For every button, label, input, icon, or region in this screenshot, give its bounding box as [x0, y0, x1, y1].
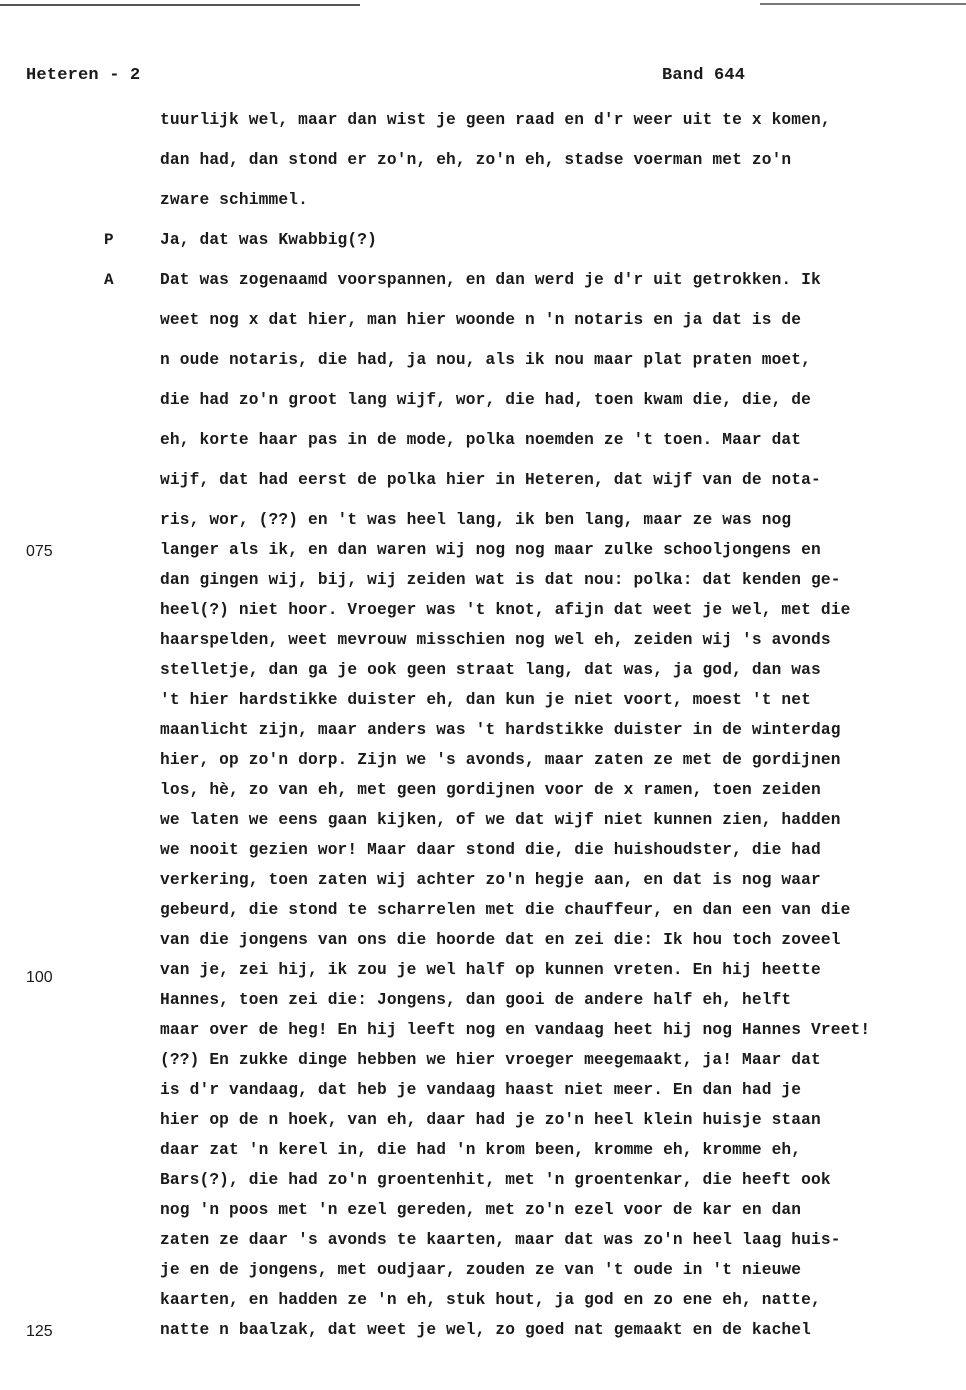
tape-counter-marker: 075	[26, 543, 53, 561]
scan-edge-line-right	[760, 3, 966, 5]
transcript-line: n oude notaris, die had, ja nou, als ik …	[160, 351, 811, 369]
transcript-line: die had zo'n groot lang wijf, wor, die h…	[160, 391, 811, 409]
transcript-line: kaarten, en hadden ze 'n eh, stuk hout, …	[160, 1291, 821, 1309]
tape-counter-marker: 100	[26, 969, 53, 987]
transcript-line: zware schimmel.	[160, 191, 308, 209]
transcript-line: tuurlijk wel, maar dan wist je geen raad…	[160, 111, 831, 129]
transcript-line: hier op de n hoek, van eh, daar had je z…	[160, 1111, 821, 1129]
transcript-line: dan had, dan stond er zo'n, eh, zo'n eh,…	[160, 151, 791, 169]
document-header-place: Heteren - 2	[26, 66, 140, 85]
transcript-line: haarspelden, weet mevrouw misschien nog …	[160, 631, 831, 649]
transcript-line: wijf, dat had eerst de polka hier in Het…	[160, 471, 821, 489]
transcript-line: Bars(?), die had zo'n groentenhit, met '…	[160, 1171, 831, 1189]
transcript-line: maar over de heg! En hij leeft nog en va…	[160, 1021, 870, 1039]
document-header-tape: Band 644	[662, 66, 745, 85]
transcript-line: zaten ze daar 's avonds te kaarten, maar…	[160, 1231, 841, 1249]
transcript-line: maanlicht zijn, maar anders was 't hards…	[160, 721, 841, 739]
transcript-line: Hannes, toen zei die: Jongens, dan gooi …	[160, 991, 791, 1009]
transcript-line: verkering, toen zaten wij achter zo'n he…	[160, 871, 821, 889]
transcript-line: ris, wor, (??) en 't was heel lang, ik b…	[160, 511, 791, 529]
transcript-line: natte n baalzak, dat weet je wel, zo goe…	[160, 1321, 811, 1339]
transcript-line: dan gingen wij, bij, wij zeiden wat is d…	[160, 571, 841, 589]
transcript-line: nog 'n poos met 'n ezel gereden, met zo'…	[160, 1201, 801, 1219]
transcript-line: stelletje, dan ga je ook geen straat lan…	[160, 661, 821, 679]
transcript-line: is d'r vandaag, dat heb je vandaag haast…	[160, 1081, 801, 1099]
transcript-line: Dat was zogenaamd voorspannen, en dan we…	[160, 271, 821, 289]
transcript-line: gebeurd, die stond te scharrelen met die…	[160, 901, 851, 919]
transcript-line: hier, op zo'n dorp. Zijn we 's avonds, m…	[160, 751, 841, 769]
speaker-label: A	[104, 271, 114, 289]
transcript-line: we nooit gezien wor! Maar daar stond die…	[160, 841, 821, 859]
transcript-line: Ja, dat was Kwabbig(?)	[160, 231, 377, 249]
transcript-line: heel(?) niet hoor. Vroeger was 't knot, …	[160, 601, 851, 619]
transcript-line: van die jongens van ons die hoorde dat e…	[160, 931, 841, 949]
transcript-line: 't hier hardstikke duister eh, dan kun j…	[160, 691, 811, 709]
transcript-line: weet nog x dat hier, man hier woonde n '…	[160, 311, 801, 329]
transcript-line: daar zat 'n kerel in, die had 'n krom be…	[160, 1141, 801, 1159]
transcript-line: van je, zei hij, ik zou je wel half op k…	[160, 961, 821, 979]
tape-counter-marker: 125	[26, 1323, 53, 1341]
scan-edge-line-left	[0, 4, 360, 6]
speaker-label: P	[104, 231, 114, 249]
transcript-line: je en de jongens, met oudjaar, zouden ze…	[160, 1261, 801, 1279]
transcript-line: langer als ik, en dan waren wij nog nog …	[160, 541, 821, 559]
transcript-line: eh, korte haar pas in de mode, polka noe…	[160, 431, 801, 449]
transcript-line: los, hè, zo van eh, met geen gordijnen v…	[160, 781, 821, 799]
transcript-line: we laten we eens gaan kijken, of we dat …	[160, 811, 841, 829]
transcript-line: (??) En zukke dinge hebben we hier vroeg…	[160, 1051, 821, 1069]
